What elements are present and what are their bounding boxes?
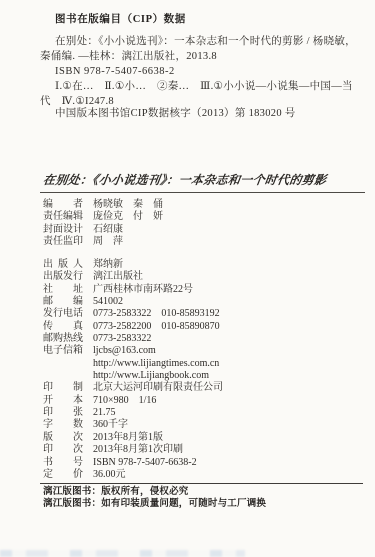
field-value: 0773-2583322 010-85893192 [93,308,220,320]
field-label: 印张 [43,407,83,419]
field-value: 36.00元 [93,469,126,481]
field-label: 出版人 [43,259,83,271]
cip-class-line: Ⅰ.①在… Ⅱ.①小… ②秦… Ⅲ.①小小说—小说集—中国—当 [55,80,353,93]
field-value: 广西桂林市南环路22号 [93,284,193,296]
field-label: 开本 [43,395,83,407]
publication-row: 印制 北京大运河印刷有限责任公司 [43,382,223,394]
field-label: 责任监印 [43,236,83,248]
field-value: 周 萍 [93,236,123,248]
field-value: 21.75 [93,407,116,419]
cip-record-line: 中国版本图书馆CIP数据核字（2013）第 183020 号 [55,107,296,120]
divider-line-top [40,192,365,193]
cip-catalog-line: 在别处：《小小说选刊》：一本杂志和一个时代的剪影 / 杨晓敏， [55,35,356,48]
publication-row: 字数 360千字 [43,419,223,431]
scan-artifact [0,550,245,557]
publication-row: 版次 2013年8月第1版 [43,432,223,444]
credits-row: 编者 杨晓敏 秦 俑 [43,199,163,211]
credits-row: 封面设计 石绍康 [43,224,163,236]
field-label: 编者 [43,199,83,211]
field-label: 发行电话 [43,308,83,320]
publication-row: 定价 36.00元 [43,469,223,481]
cip-isbn-line: ISBN 978-7-5407-6638-2 [55,65,175,78]
field-value: 360千字 [93,419,128,431]
field-value: 2013年8月第1次印刷 [93,444,183,456]
publication-row: 印张 21.75 [43,407,223,419]
publication-row: 电子信箱 ljcbs@163.com [43,345,223,357]
field-label: 封面设计 [43,224,83,236]
website-url: http://www.lijiangtimes.com.cn [93,358,219,370]
field-label: 印次 [43,444,83,456]
credits-row: 责任编辑 庞俭克 付 妍 [43,211,163,223]
field-value: 石绍康 [93,224,123,236]
credits-row: 责任监印 周 萍 [43,236,163,248]
copyright-notice: 漓江版图书：版权所有，侵权必究 [43,486,189,498]
publication-row: 出版人 郑纳新 [43,259,223,271]
publication-row: 邮购热线 0773-2583322 [43,333,223,345]
field-value: 0773-2582200 010-85890870 [93,321,220,333]
field-value: 杨晓敏 秦 俑 [93,199,163,211]
publication-block: 出版人 郑纳新 出版发行 漓江出版社 社址 广西桂林市南环路22号 邮编 541… [43,259,223,481]
field-label: 印制 [43,382,83,394]
cip-heading: 图书在版编目（CIP）数据 [55,13,186,26]
field-value: 漓江出版社 [93,271,143,283]
website-url: http://www.Lijiangbook.com [93,370,209,382]
publication-row: 书号 ISBN 978-7-5407-6638-2 [43,457,223,469]
field-value: 郑纳新 [93,259,123,271]
field-label: 书号 [43,457,83,469]
field-value: ljcbs@163.com [93,345,156,357]
cip-catalog-line: 秦俑编. —桂林：漓江出版社，2013.8 [40,50,217,63]
publication-row: 开本 710×980 1/16 [43,395,223,407]
field-label: 邮编 [43,296,83,308]
publication-row: 传真 0773-2582200 010-85890870 [43,321,223,333]
field-label: 邮购热线 [43,333,83,345]
field-label: 版次 [43,432,83,444]
publication-row: http://www.lijiangtimes.com.cn [43,358,223,370]
field-value: 北京大运河印刷有限责任公司 [93,382,223,394]
publication-row: 出版发行 漓江出版社 [43,271,223,283]
publication-row: 社址 广西桂林市南环路22号 [43,284,223,296]
field-label: 电子信箱 [43,345,83,357]
quality-notice: 漓江版图书：如有印装质量问题，可随时与工厂调换 [43,498,266,510]
field-label: 社址 [43,284,83,296]
field-label: 出版发行 [43,271,83,283]
field-value: ISBN 978-7-5407-6638-2 [93,457,197,469]
field-value: 2013年8月第1版 [93,432,163,444]
book-title: 在别处：《小小说选刊》：一本杂志和一个时代的剪影 [42,171,328,188]
field-label: 传真 [43,321,83,333]
field-label: 责任编辑 [43,211,83,223]
credits-block: 编者 杨晓敏 秦 俑 责任编辑 庞俭克 付 妍 封面设计 石绍康 责任监印 周 … [43,199,163,248]
field-label: 字数 [43,419,83,431]
field-value: 0773-2583322 [93,333,151,345]
field-value: 710×980 1/16 [93,395,156,407]
publication-row: 发行电话 0773-2583322 010-85893192 [43,308,223,320]
book-copyright-page: 图书在版编目（CIP）数据 在别处：《小小说选刊》：一本杂志和一个时代的剪影 /… [0,0,375,557]
publication-row: http://www.Lijiangbook.com [43,370,223,382]
field-label: 定价 [43,469,83,481]
publication-row: 邮编 541002 [43,296,223,308]
field-value: 庞俭克 付 妍 [93,211,163,223]
publication-row: 印次 2013年8月第1次印刷 [43,444,223,456]
divider-line-bottom [40,483,363,484]
field-value: 541002 [93,296,123,308]
